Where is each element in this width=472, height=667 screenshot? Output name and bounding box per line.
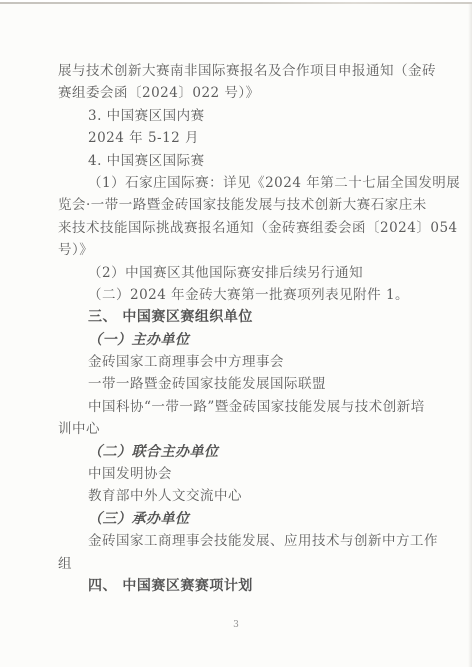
document-line: （1）石家庄国际赛：详见《2024 年第二十七届全国发明展 bbox=[58, 172, 434, 194]
document-line: 金砖国家工商理事会中方理事会 bbox=[58, 351, 434, 373]
section-heading: 三、 中国赛区赛组织单位 bbox=[58, 306, 434, 328]
document-line: 来技术技能国际挑战赛报名通知（金砖赛组委会函〔2024〕054 bbox=[58, 217, 434, 239]
document-line: （2）中国赛区其他国际赛安排后续另行通知 bbox=[58, 262, 434, 284]
document-page: 展与技术创新大赛南非国际赛报名及合作项目申报通知（金砖 赛组委会函〔2024〕0… bbox=[0, 0, 472, 667]
subsection-heading: （二）联合主办单位 bbox=[58, 441, 434, 463]
document-line: 金砖国家工商理事会技能发展、应用技术与创新中方工作 bbox=[58, 530, 434, 552]
scanned-document: { "doc": { "lines": [ { "text": "展与技术创新大… bbox=[0, 0, 472, 667]
document-line: 3. 中国赛区国内赛 bbox=[58, 105, 434, 127]
document-line: 中国发明协会 bbox=[58, 463, 434, 485]
document-line: 组 bbox=[58, 553, 434, 575]
document-line: 览会·一带一路暨金砖国家技能发展与技术创新大赛石家庄未 bbox=[58, 194, 434, 216]
document-line: 号）》 bbox=[58, 239, 434, 261]
document-line: 中国科协“一带一路”暨金砖国家技能发展与技术创新培 bbox=[58, 396, 434, 418]
document-line: 2024 年 5-12 月 bbox=[58, 127, 434, 149]
subsection-heading: （三）承办单位 bbox=[58, 508, 434, 530]
document-line: 教育部中外人文交流中心 bbox=[58, 485, 434, 507]
document-line: 赛组委会函〔2024〕022 号）》 bbox=[58, 82, 434, 104]
section-heading: 四、 中国赛区赛赛项计划 bbox=[58, 575, 434, 597]
page-right-edge-shadow bbox=[468, 4, 472, 667]
subsection-heading: （一）主办单位 bbox=[58, 329, 434, 351]
document-line: 训中心 bbox=[58, 418, 434, 440]
document-line: 一带一路暨金砖国家技能发展国际联盟 bbox=[58, 373, 434, 395]
document-body: 展与技术创新大赛南非国际赛报名及合作项目申报通知（金砖 赛组委会函〔2024〕0… bbox=[58, 60, 434, 597]
page-top-edge bbox=[0, 2, 472, 4]
document-line: （二）2024 年金砖大赛第一批赛项列表见附件 1。 bbox=[58, 284, 434, 306]
page-number: 3 bbox=[0, 620, 472, 630]
document-line: 4. 中国赛区国际赛 bbox=[58, 150, 434, 172]
document-line: 展与技术创新大赛南非国际赛报名及合作项目申报通知（金砖 bbox=[58, 60, 434, 82]
